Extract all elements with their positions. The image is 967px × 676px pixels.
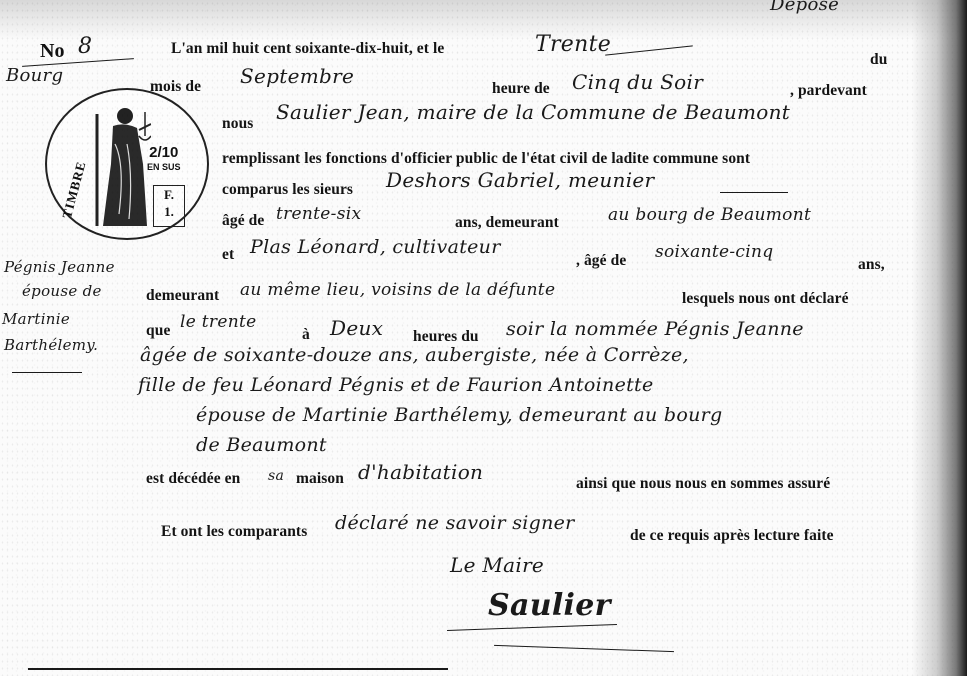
printed-nous: nous	[222, 115, 253, 134]
hw-line-12: épouse de Martinie Barthélemy, demeurant…	[196, 404, 722, 426]
hw-death-period: soir la nommée Pégnis Jeanne	[506, 318, 804, 340]
printed-ans-demeurant: ans, demeurant	[455, 214, 559, 233]
hw-mayor-title: Le Maire	[450, 553, 544, 577]
top-right-note: Déposé	[770, 0, 839, 15]
bottom-rule	[28, 668, 448, 670]
printed-a: à	[302, 326, 310, 345]
hw-officer: Saulier Jean, maire de la Commune de Bea…	[276, 100, 790, 124]
printed-heure-de: heure de	[492, 80, 550, 99]
record-number-value: 8	[78, 34, 92, 59]
mayor-signature: Saulier	[488, 588, 611, 623]
printed-est-decedee: est décédée en	[146, 470, 240, 489]
printed-et-ont: Et ont les comparants	[161, 523, 307, 542]
printed-line-1: L'an mil huit cent soixante-dix-huit, et…	[171, 40, 444, 59]
hw-line-13: de Beaumont	[196, 434, 327, 456]
margin-annotation-2: épouse de	[22, 282, 102, 300]
hw-day: Trente	[535, 32, 611, 57]
hw-house-article: sa	[268, 468, 284, 484]
printed-age-de-2: , âgé de	[576, 252, 626, 271]
hw-witness1: Deshors Gabriel, meunier	[386, 168, 654, 192]
printed-comparus: comparus les sieurs	[222, 181, 353, 200]
printed-pardevant: , pardevant	[790, 82, 867, 101]
printed-que: que	[146, 322, 170, 341]
hw-witness1-residence: au bourg de Beaumont	[608, 205, 811, 225]
printed-lesquels: lesquels nous ont déclaré	[682, 290, 849, 309]
margin-annotation-4: Barthélemy.	[4, 336, 98, 354]
justice-figure-icon	[89, 104, 151, 230]
signature-flourish	[494, 645, 674, 653]
stamp-box: F. 1.	[153, 185, 185, 227]
printed-line-4: remplissant les fonctions d'officier pub…	[222, 150, 750, 169]
margin-annotation-1: Pégnis Jeanne	[4, 258, 115, 276]
hw-month: Septembre	[240, 64, 354, 88]
margin-underline	[12, 372, 82, 373]
hw-line-11: fille de feu Léonard Pégnis et de Faurio…	[138, 374, 654, 396]
hw-death-hour: Deux	[330, 316, 383, 340]
hw-house: d'habitation	[358, 460, 483, 484]
fill-line	[720, 192, 788, 193]
printed-ainsi: ainsi que nous nous en sommes assuré	[576, 475, 830, 494]
stamp-word: TIMBRE	[59, 159, 90, 220]
hw-line-10: âgée de soixante-douze ans, aubergiste, …	[140, 344, 689, 366]
hw-death-day: le trente	[180, 312, 256, 332]
margin-annotation-3: Martinie	[2, 310, 70, 328]
hw-hour: Cinq du Soir	[572, 70, 703, 94]
timbre-stamp: TIMBRE 2/10 EN SUS F. 1.	[45, 88, 209, 240]
record-number-label: No	[40, 40, 64, 63]
printed-de-ce-requis: de ce requis après lecture faite	[630, 527, 834, 546]
printed-maison: maison	[296, 470, 344, 489]
printed-ans: ans,	[858, 256, 885, 275]
stamp-price: 2/10 EN SUS	[147, 146, 181, 174]
signature-flourish	[447, 624, 617, 631]
page-edge-shadow	[912, 0, 967, 676]
printed-du: du	[870, 51, 887, 70]
printed-demeurant: demeurant	[146, 287, 219, 306]
printed-mois-de: mois de	[150, 78, 201, 97]
hw-witness2-age: soixante-cinq	[655, 242, 773, 262]
printed-age-de: âgé de	[222, 212, 264, 231]
hw-witness1-age: trente-six	[276, 204, 361, 224]
margin-place: Bourg	[6, 65, 63, 86]
fill-line	[605, 45, 693, 56]
hw-declaration: déclaré ne savoir signer	[335, 512, 575, 534]
hw-witness2: Plas Léonard, cultivateur	[250, 236, 501, 258]
hw-witness2-residence: au même lieu, voisins de la défunte	[240, 280, 555, 300]
printed-et: et	[222, 246, 234, 265]
